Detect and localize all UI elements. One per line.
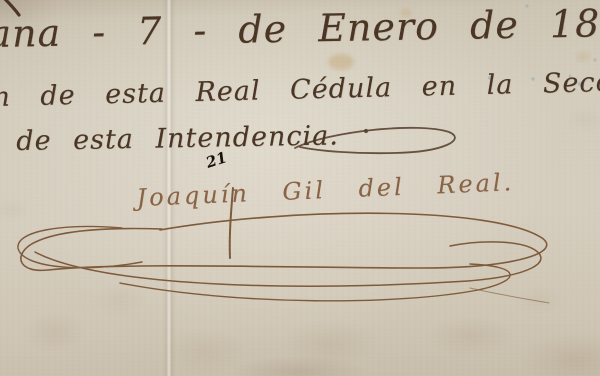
ink-dot bbox=[364, 129, 368, 133]
body-line-1: n de esta Real Cédula en la Sección bbox=[0, 66, 600, 113]
body-line-2: de esta Intendencia. bbox=[16, 120, 339, 157]
manuscript-photo: ana - 7 - de Enero de 1884. n de esta Re… bbox=[0, 0, 600, 376]
date-line: ana - 7 - de Enero de 1884. bbox=[0, 0, 600, 56]
ink-stain bbox=[328, 54, 354, 70]
signature-text: Joaquín Gil del Real. bbox=[136, 168, 515, 212]
ink-stain bbox=[576, 52, 590, 62]
